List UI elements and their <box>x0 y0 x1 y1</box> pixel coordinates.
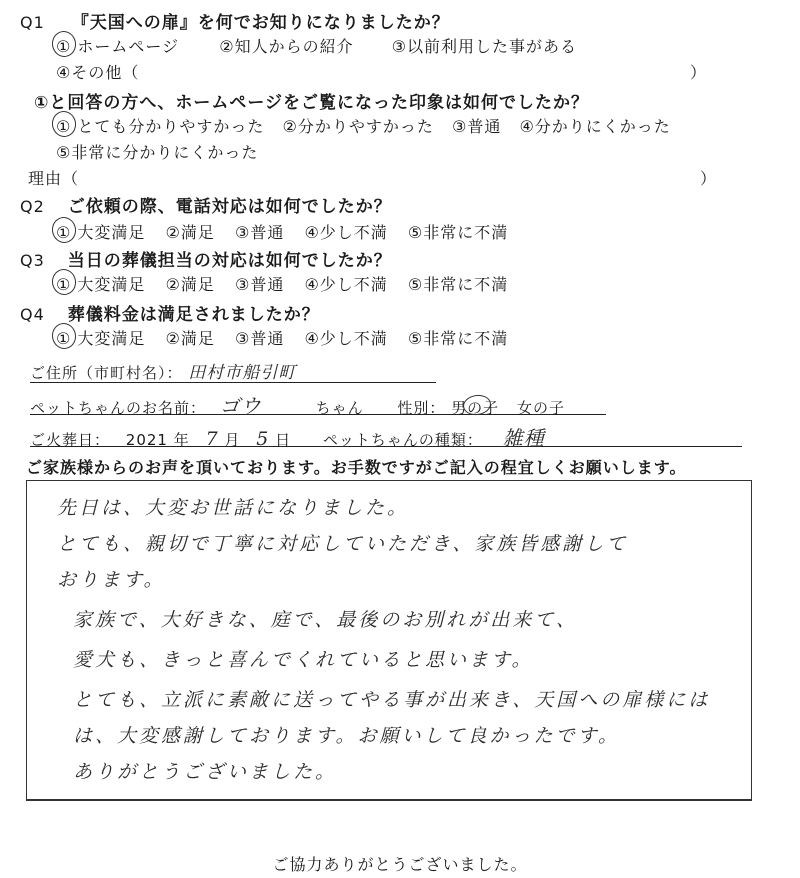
q1-followup-option-3[interactable]: ③普通 <box>452 117 501 136</box>
q1-followup-options: ① とても分かりやすかった ②分かりやすかった ③普通 ④分かりにくかった <box>56 114 671 137</box>
comment-line: とても、立派に素敵に送ってやる事が出来き、天国への扉様には <box>73 685 710 712</box>
pet-name-label: ペットちゃんのお名前： <box>30 399 206 417</box>
footer-thanks: ご協力ありがとうございました。 <box>0 852 800 875</box>
month-unit: 月 <box>224 431 240 449</box>
q1-reason-label: 理由（ <box>28 166 79 189</box>
q1-question: Q1 『天国への扉』を何でお知りになりましたか？ <box>20 8 450 33</box>
pet-type-label: ペットちゃんの種類： <box>323 431 483 449</box>
q2-option-2[interactable]: ②満足 <box>166 223 215 242</box>
q3-option-4[interactable]: ④少し不満 <box>304 275 387 294</box>
q1-option-4-close: ） <box>690 60 707 83</box>
q1-followup-option-4[interactable]: ④分かりにくかった <box>519 117 670 136</box>
q1-followup-option-5[interactable]: ⑤非常に分かりにくかった <box>56 140 258 163</box>
q1-followup-option-2[interactable]: ②分かりやすかった <box>283 117 434 136</box>
year-unit: 年 <box>174 431 190 449</box>
comment-line: 愛犬も、きっと喜んでくれていると思います。 <box>73 645 533 672</box>
cremation-day: 5 <box>256 428 269 450</box>
pet-name-suffix: ちゃん <box>316 399 364 417</box>
gender-label: 性別： <box>397 399 445 417</box>
day-unit: 日 <box>275 431 291 449</box>
q2-option-1[interactable]: ① 大変満足 <box>56 220 145 243</box>
q1-followup-question: ①と回答の方へ、ホームページをご覧になった印象は如何でしたか？ <box>34 88 589 113</box>
q4-option-3[interactable]: ③普通 <box>235 329 284 348</box>
address-value: 田村市船引町 <box>188 363 296 383</box>
gender-male[interactable]: 男の子 <box>451 397 499 418</box>
cremation-label: ご火葬日： <box>30 431 110 449</box>
q1-number: Q1 <box>20 13 45 32</box>
q4-options: ① 大変満足 ②満足 ③普通 ④少し不満 ⑤非常に不満 <box>56 326 508 349</box>
q3-number: Q3 <box>20 251 45 270</box>
q3-option-2[interactable]: ②満足 <box>166 275 215 294</box>
q4-option-4[interactable]: ④少し不満 <box>304 329 387 348</box>
q3-question-text: 当日の葬儀担当の対応は如何でしたか？ <box>68 251 392 271</box>
comment-line: 家族で、大好きな、庭で、最後のお別れが出来て、 <box>73 605 578 632</box>
pet-type-value: 雑種 <box>503 426 545 450</box>
comment-line: おります。 <box>57 565 165 592</box>
q4-question-text: 葬儀料金は満足されましたか？ <box>68 305 320 325</box>
comments-box[interactable]: 先日は、大変お世話になりました。 とても、親切で丁寧に対応していただき、家族皆感… <box>26 480 752 801</box>
q4-option-1[interactable]: ① 大変満足 <box>56 326 145 349</box>
q3-question: Q3 当日の葬儀担当の対応は如何でしたか？ <box>20 246 392 271</box>
cremation-date-field[interactable]: ご火葬日： 2021 年 7 月 5 日 ペットちゃんの種類： 雑種 <box>30 422 742 447</box>
q3-options: ① 大変満足 ②満足 ③普通 ④少し不満 ⑤非常に不満 <box>56 272 508 295</box>
pet-name-value: ゴウ <box>220 394 262 418</box>
q1-option-3[interactable]: ③以前利用した事がある <box>392 37 577 56</box>
q3-option-5[interactable]: ⑤非常に不満 <box>408 275 508 294</box>
q4-option-2[interactable]: ②満足 <box>166 329 215 348</box>
q4-question: Q4 葬儀料金は満足されましたか？ <box>20 300 320 325</box>
q2-question-text: ご依頼の際、電話対応は如何でしたか？ <box>68 197 392 217</box>
address-label: ご住所（市町村名）： <box>30 364 183 382</box>
q1-option-4[interactable]: ④その他（ <box>56 60 139 83</box>
q1-option-1[interactable]: ① ホームページ <box>56 34 179 57</box>
q2-options: ① 大変満足 ②満足 ③普通 ④少し不満 ⑤非常に不満 <box>56 220 508 243</box>
address-field[interactable]: ご住所（市町村名）： 田村市船引町 <box>30 358 436 383</box>
q1-reason-close: ） <box>700 166 717 189</box>
gender-female[interactable]: 女の子 <box>517 399 565 417</box>
q3-option-3[interactable]: ③普通 <box>235 275 284 294</box>
comment-line: とても、親切で丁寧に対応していただき、家族皆感謝して <box>57 529 628 556</box>
q2-option-3[interactable]: ③普通 <box>235 223 284 242</box>
q1-option-2[interactable]: ②知人からの紹介 <box>219 37 353 56</box>
q2-option-5[interactable]: ⑤非常に不満 <box>408 223 508 242</box>
q3-option-1[interactable]: ① 大変満足 <box>56 272 145 295</box>
q2-number: Q2 <box>20 197 45 216</box>
comments-notice: ご家族様からのお声を頂いております。お手数ですがご記入の程宜しくお願いします。 <box>26 455 686 478</box>
comment-line: 先日は、大変お世話になりました。 <box>57 493 409 520</box>
q2-option-4[interactable]: ④少し不満 <box>304 223 387 242</box>
q1-options: ① ホームページ ②知人からの紹介 ③以前利用した事がある <box>56 34 577 57</box>
comment-line: は、大変感謝しております。お願いして良かったです。 <box>73 721 620 748</box>
cremation-year: 2021 <box>126 431 168 449</box>
q4-option-5[interactable]: ⑤非常に不満 <box>408 329 508 348</box>
comment-line: ありがとうございました。 <box>73 757 337 784</box>
q2-question: Q2 ご依頼の際、電話対応は如何でしたか？ <box>20 192 392 217</box>
pet-name-field[interactable]: ペットちゃんのお名前： ゴウ ちゃん 性別： 男の子 女の子 <box>30 390 606 415</box>
q4-number: Q4 <box>20 305 45 324</box>
cremation-month: 7 <box>206 428 219 450</box>
q1-followup-option-1[interactable]: ① とても分かりやすかった <box>56 114 264 137</box>
q1-question-text: 『天国への扉』を何でお知りになりましたか？ <box>72 13 450 33</box>
